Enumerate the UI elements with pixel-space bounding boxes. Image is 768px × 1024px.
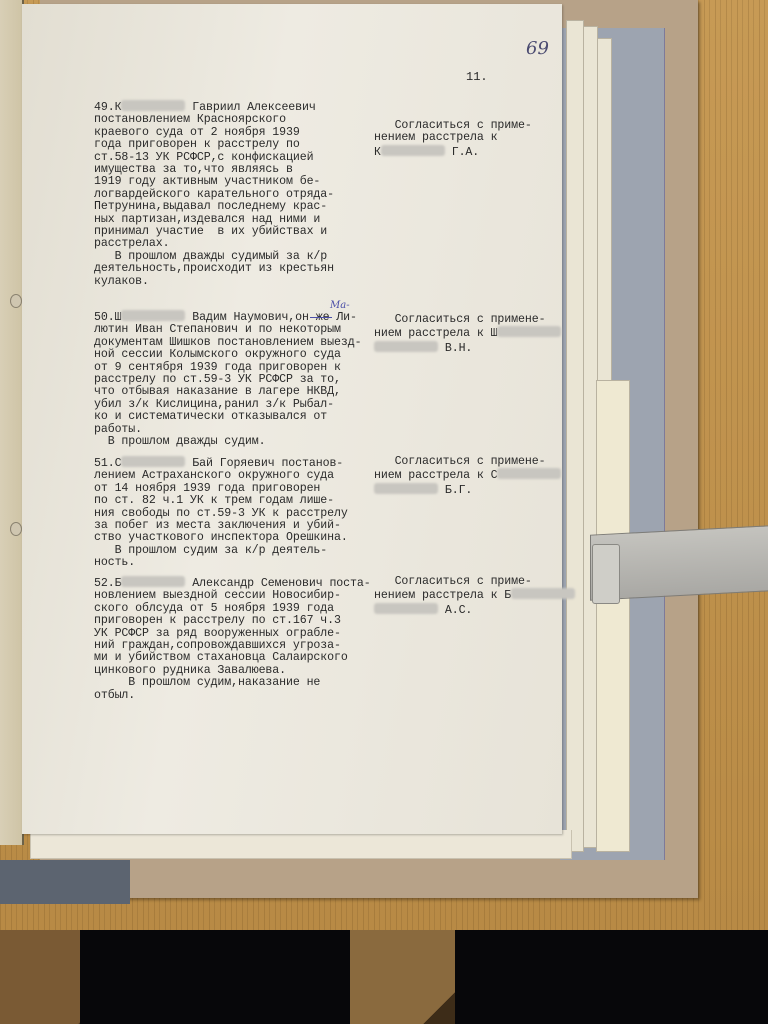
redacted-surname	[381, 145, 445, 156]
redacted-surname	[374, 341, 438, 352]
aged-sheet	[596, 380, 630, 852]
dark-shadow-right	[455, 930, 768, 1024]
binder-ring	[10, 294, 22, 308]
resolution-50: Согласиться с примене- нием расстрела к …	[374, 314, 564, 355]
entry-51: 51.С Бай Горяевич постанов- лением Астра…	[94, 456, 394, 570]
redacted-surname	[121, 310, 185, 321]
stacked-sheet	[566, 20, 584, 852]
redacted-surname	[121, 456, 185, 467]
strikethrough-mark	[310, 317, 332, 318]
resolution-51: Согласиться с примене- нием расстрела к …	[374, 456, 564, 497]
entry-52: 52.Б Александр Семенович поста- новление…	[94, 576, 394, 702]
redacted-surname	[121, 100, 185, 111]
left-facing-page	[0, 0, 24, 845]
entry-50: 50.Ш Вадим Наумович,он же Ли- лютин Иван…	[94, 310, 394, 448]
folio-number: 69	[526, 38, 549, 59]
entry-49: 49.К Гавриил Алексеевич постановлением К…	[94, 100, 394, 288]
resolution-52: Согласиться с приме- нением расстрела к …	[374, 576, 564, 617]
redacted-surname	[374, 483, 438, 494]
page-number: 11.	[466, 70, 488, 84]
redacted-surname	[497, 468, 561, 479]
redacted-surname	[511, 588, 575, 599]
metal-clip-end	[592, 544, 620, 604]
dark-shadow-left	[80, 930, 350, 1024]
redacted-surname	[374, 603, 438, 614]
handwritten-correction: Ма-	[330, 300, 350, 311]
redacted-surname	[497, 326, 561, 337]
resolution-49: Согласиться с приме- нением расстрела к …	[374, 120, 564, 159]
redacted-surname	[121, 576, 185, 587]
page-lower-edges	[30, 830, 572, 859]
folder-spine	[0, 860, 130, 904]
document-page: 69 11. 49.К Гавриил Алексеевич постановл…	[22, 4, 562, 834]
binder-ring	[10, 522, 22, 536]
